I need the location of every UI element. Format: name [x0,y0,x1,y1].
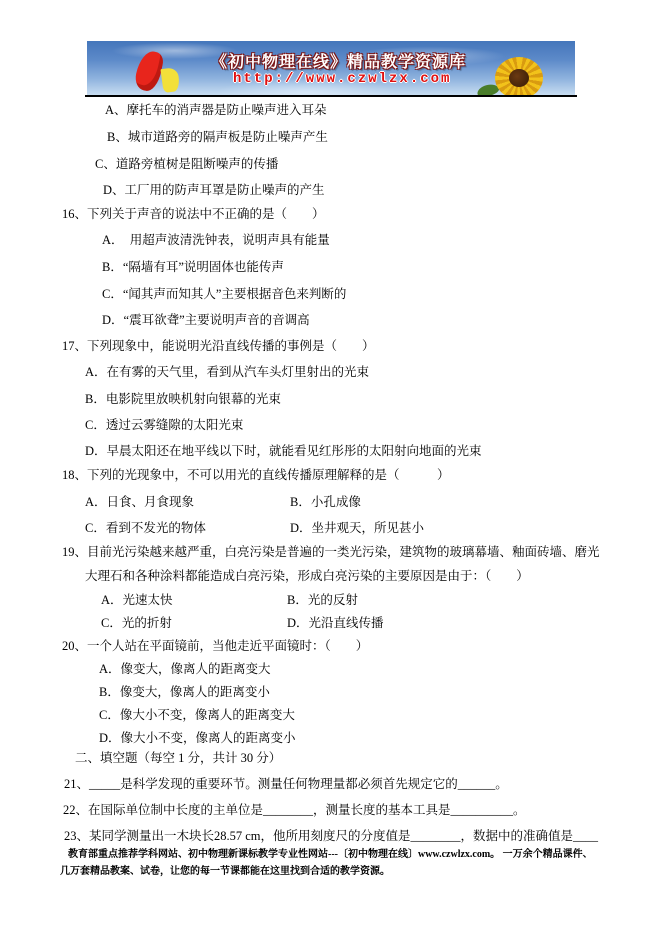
q17-option-d: D．早晨太阳还在地平线以下时，就能看见红彤彤的太阳射向地面的光束 [85,444,482,459]
q20-option-b: B．像变大，像离人的距离变小 [99,685,270,700]
footer-note: 教育部重点推荐学科网站、初中物理新课标教学专业性网站---〔初中物理在线〕www… [60,847,600,880]
q19-option-a: A．光速太快 [101,593,173,608]
q20-option-a: A．像变大，像离人的距离变大 [99,662,271,677]
section2-heading: 二、填空题（每空 1 分，共计 30 分） [75,751,281,766]
q18-stem: 18、下列的光现象中，不可以用光的直线传播原理解释的是（ ） [62,468,450,483]
q17-option-a: A．在有雾的天气里，看到从汽车头灯里射出的光束 [85,365,369,380]
q17-option-c: C．透过云雾缝隙的太阳光束 [85,418,243,433]
q18-option-d: D．坐井观天，所见甚小 [290,521,424,536]
swoosh-logo-icon [160,67,180,93]
q15-option-b: B、城市道路旁的隔声板是防止噪声产生 [107,130,328,145]
banner-title: 《初中物理在线》精品教学资源库 [211,49,466,72]
document-page: 《初中物理在线》精品教学资源库 http://www.czwlzx.com A、… [0,0,661,936]
q19-stem-line1: 19、目前光污染越来越严重，白亮污染是普遍的一类光污染，建筑物的玻璃幕墙、釉面砖… [62,545,600,560]
banner-url: http://www.czwlzx.com [233,71,451,87]
q16-option-b: B．“隔墙有耳”说明固体也能传声 [102,260,284,275]
q20-stem: 20、一个人站在平面镜前，当他走近平面镜时：（ ） [62,639,368,654]
q23-fill-blank: 23、某同学测量出一木块长28.57 cm，他所用刻度尺的分度值是_______… [64,829,598,844]
site-banner: 《初中物理在线》精品教学资源库 http://www.czwlzx.com [87,41,575,95]
q19-stem-line2: 大理石和各种涂料都能造成白亮污染，形成白亮污染的主要原因是由于：（ ） [85,569,529,584]
q16-option-c: C．“闻其声而知其人”主要根据音色来判断的 [102,287,346,302]
q22-fill-blank: 22、在国际单位制中长度的主单位是________，测量长度的基本工具是____… [63,803,526,818]
header-divider [85,95,577,97]
q19-option-d: D．光沿直线传播 [287,616,384,631]
q20-option-d: D．像大小不变，像离人的距离变小 [99,731,296,746]
q19-option-c: C．光的折射 [101,616,172,631]
q21-fill-blank: 21、_____是科学发现的重要环节。测量任何物理量都必须首先规定它的_____… [64,777,508,792]
q16-option-a: A． 用超声波清洗钟表，说明声具有能量 [102,233,330,248]
sunflower-icon [495,57,543,95]
q16-option-d: D．“震耳欲聋”主要说明声音的音调高 [102,313,310,328]
q15-option-d: D、工厂用的防声耳罩是防止噪声的产生 [103,183,325,198]
q18-option-a: A．日食、月食现象 [85,495,194,510]
q17-stem: 17、下列现象中，能说明光沿直线传播的事例是（ ） [62,339,375,354]
q15-option-c: C、道路旁植树是阻断噪声的传播 [95,157,278,172]
q17-option-b: B．电影院里放映机射向银幕的光束 [85,392,281,407]
q19-option-b: B．光的反射 [287,593,358,608]
q20-option-c: C．像大小不变，像离人的距离变大 [99,708,295,723]
q15-option-a: A、摩托车的消声器是防止噪声进入耳朵 [105,103,327,118]
q18-option-b: B．小孔成像 [290,495,361,510]
q16-stem: 16、下列关于声音的说法中不正确的是（ ） [62,207,325,222]
q18-option-c: C．看到不发光的物体 [85,521,206,536]
sunflower-center-icon [509,69,529,87]
